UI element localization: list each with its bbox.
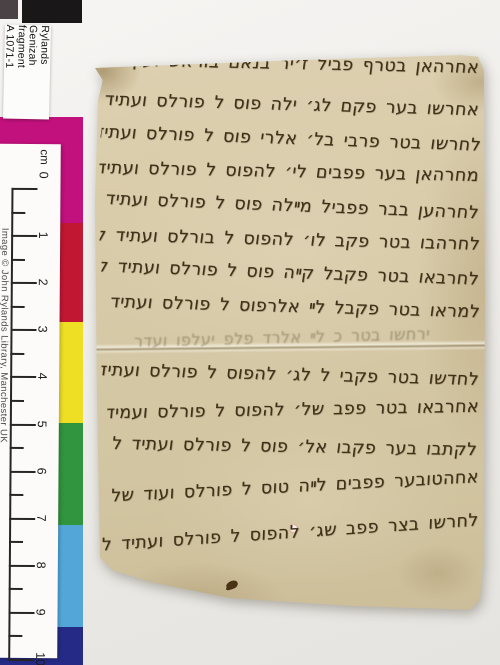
ruler-number: 7 — [32, 509, 50, 527]
ruler-number: 5 — [33, 415, 51, 433]
manuscript-text-line: אחרבאו בטר פפב של׳ להפוס ל פורלס ועמיד ל… — [106, 394, 480, 427]
manuscript-text-line: לחרהען בבר פפביל מײלה פוס ל פורלס ועתיד … — [99, 186, 480, 226]
shelfmark-label: Rylands Genizah fragment A 1071-1 — [3, 25, 51, 120]
ruler-number: 0 — [35, 166, 53, 184]
ruler-number: 4 — [33, 367, 51, 385]
manuscript-fragment: אחרהאן בטרף פביל ז׳יר בנאם בוראש ועוף ג … — [95, 54, 485, 612]
ruler-tick-minor — [8, 635, 22, 637]
manuscript-text-line: אחהטובער פפבים לײה טוס ל פורלס ועוד של מ… — [103, 464, 480, 510]
ruler-tick-minor — [9, 541, 23, 543]
manuscript-text-line: לחרבאו בטר פקבל קײה פוס ל פורלס ועתיד ל … — [99, 253, 480, 292]
ruler-tick-minor — [9, 588, 23, 590]
digitized-manuscript-photo: Rylands Genizah fragment A 1071-1 cm Ima… — [0, 0, 500, 665]
cm-ruler: cm Image © John Rylands Library, Manches… — [0, 144, 61, 658]
manuscript-text-line: לחרשו בטר פרבי בל׳ אלרי פוס ל פורלס ועתי… — [99, 119, 482, 158]
shelfmark-line: A 1071-1 — [2, 25, 15, 119]
shelfmark-text: Rylands Genizah fragment A 1071-1 — [3, 25, 51, 120]
ruler-number: 3 — [33, 320, 51, 338]
manuscript-fragment-wrap: אחרהאן בטרף פביל ז׳יר בנאם בוראש ועוף ג … — [95, 54, 485, 612]
ruler-unit-label: cm — [34, 147, 54, 167]
ruler-number: 9 — [31, 603, 49, 621]
grayscale-patch-dark — [0, 0, 18, 19]
manuscript-text-line: לחרהבו בטר פקב לו׳ להפוס ל בורלס ועתיד ל… — [98, 222, 481, 257]
ruler-tick-minor — [9, 494, 23, 496]
manuscript-text-line: אחרשו בער פקם לג׳ ילה פוס ל פורלס ועתיד … — [99, 87, 480, 123]
ruler-tick-major — [11, 188, 37, 190]
ruler-tick-minor — [11, 259, 25, 261]
grayscale-patch-black — [22, 0, 82, 23]
ruler-number: 8 — [32, 556, 50, 574]
ruler-number: 2 — [34, 273, 52, 291]
ruler-tick-minor — [11, 211, 25, 213]
manuscript-text-line: למראו בטר פקבל לײ אלרפוס ל פורלס ועתיד ל… — [98, 289, 481, 326]
ruler-tick-minor — [10, 447, 24, 449]
manuscript-text-line: לקתבו בער פקבו אל׳ פוס ל פורלס ועתיד ל ש… — [105, 431, 478, 463]
manuscript-text-line: לחרשו בצר פפב שג׳ להפוס ל פורלס ועתיד ל … — [101, 507, 479, 558]
ruler-number: 6 — [32, 462, 50, 480]
ink-blot — [225, 579, 239, 590]
manuscript-text-line: אחרהאן בטרף פביל ז׳יר בנאם בוראש ועוף ג … — [105, 47, 480, 81]
ruler-tick-minor — [10, 400, 24, 402]
ruler-tick-minor — [10, 353, 24, 355]
manuscript-text-line: מחרהאן בער פפבים לי׳ להפוס ל פורלס ועתיד… — [97, 155, 480, 189]
ruler-tick-minor — [11, 306, 25, 308]
manuscript-text-line: לחדשו בטר פקבי ל לג׳ להפוס ל פורלס ועתיד… — [99, 357, 480, 393]
ruler-number: 1 — [34, 226, 52, 244]
ruler-number: 10 — [31, 650, 49, 665]
